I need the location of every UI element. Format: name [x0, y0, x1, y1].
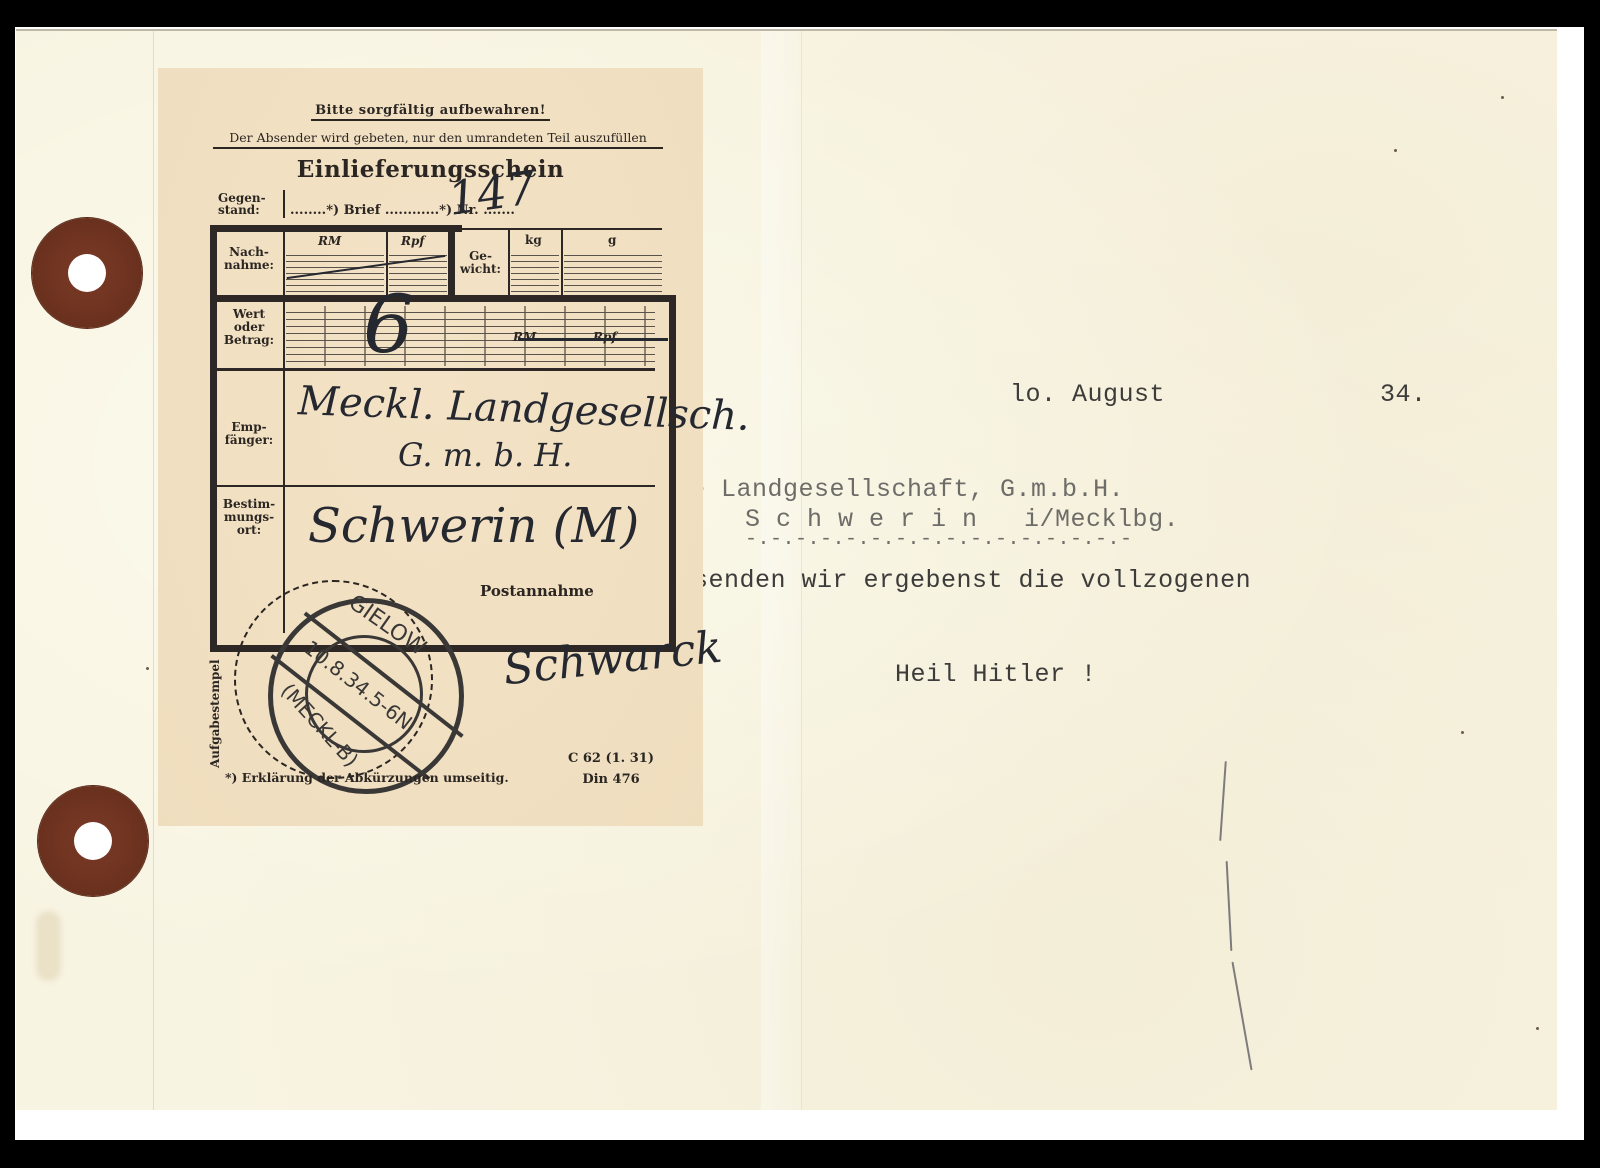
table-divider	[217, 485, 655, 487]
letter-date-day: lo. August	[1010, 380, 1165, 409]
bestimmungsort-handwritten: Schwerin (M)	[308, 498, 639, 554]
eyelet-top	[32, 218, 142, 328]
wert-label: Wert oder Betrag:	[218, 308, 280, 347]
table-border	[448, 225, 455, 300]
paper-speck	[146, 667, 149, 670]
pen-stroke	[1219, 761, 1227, 841]
table-border	[210, 225, 217, 638]
nachnahme-rm-label: RM	[318, 234, 341, 248]
ruled-field	[564, 250, 662, 294]
paper-speck	[1461, 731, 1464, 734]
pen-stroke	[1231, 962, 1252, 1071]
wert-handwritten-amount: 6	[363, 278, 414, 371]
letter-date-year: 34.	[1380, 380, 1427, 409]
gegenstand-divider	[283, 190, 285, 218]
paper-speck	[1501, 96, 1504, 99]
paper-speck	[1394, 149, 1397, 152]
empfaenger-handwritten-line2: G. m. b. H.	[398, 436, 572, 474]
table-divider	[561, 229, 563, 295]
table-divider	[508, 229, 510, 295]
eyelet-bottom	[38, 786, 148, 896]
wert-rpf-label: Rpf	[593, 330, 617, 344]
gegenstand-label: Gegen- stand:	[218, 192, 266, 216]
paper-speck	[1536, 1027, 1539, 1030]
nachnahme-label: Nach- nahme:	[218, 246, 280, 272]
table-border	[455, 228, 662, 230]
table-divider	[283, 232, 285, 296]
strike-through-line	[518, 338, 668, 341]
letter-closing: Heil Hitler !	[895, 660, 1097, 689]
paper-fold-left	[153, 31, 154, 1110]
postmark-gielow: GIELOW 10.8.34.5-6N (MECKL-B)	[268, 598, 464, 794]
paper-stain	[36, 911, 61, 981]
ruled-field	[511, 250, 559, 294]
gewicht-kg-label: kg	[525, 233, 542, 247]
wert-rm-label: RM	[513, 330, 536, 344]
postal-receipt-card: Bitte sorgfältig aufbewahren! Der Absend…	[158, 68, 703, 826]
receipt-instruction: Der Absender wird gebeten, nur den umran…	[213, 130, 663, 149]
aufgabestempel-label: Aufgabestempel	[208, 659, 222, 768]
empfaenger-label: Emp- fänger:	[218, 421, 280, 447]
letter-recipient-underline: -.-.-.-.-.-.-.-.-.-.-.-.-.-.-.-	[745, 528, 1133, 551]
table-border	[210, 225, 455, 232]
letter-recipient-name: e Landgesellschaft, G.m.b.H.	[690, 475, 1124, 504]
table-divider	[283, 302, 285, 368]
gewicht-label: Ge- wicht:	[458, 250, 503, 276]
nachnahme-rpf-label: Rpf	[401, 234, 425, 248]
letter-body: senden wir ergebenst die vollzogenen	[693, 566, 1251, 595]
postannahme-label: Postannahme	[480, 582, 594, 600]
receipt-title: Einlieferungsschein	[158, 156, 703, 183]
receipt-notice: Bitte sorgfältig aufbewahren!	[158, 103, 703, 118]
form-code: C 62 (1. 31) Din 476	[568, 748, 654, 790]
bestimmungsort-label: Bestim- mungs- ort:	[218, 498, 280, 537]
gewicht-g-label: g	[608, 233, 616, 247]
pen-stroke	[1226, 861, 1233, 951]
receipt-footnote: *) Erklärung der Abkürzungen umseitig.	[225, 770, 509, 785]
